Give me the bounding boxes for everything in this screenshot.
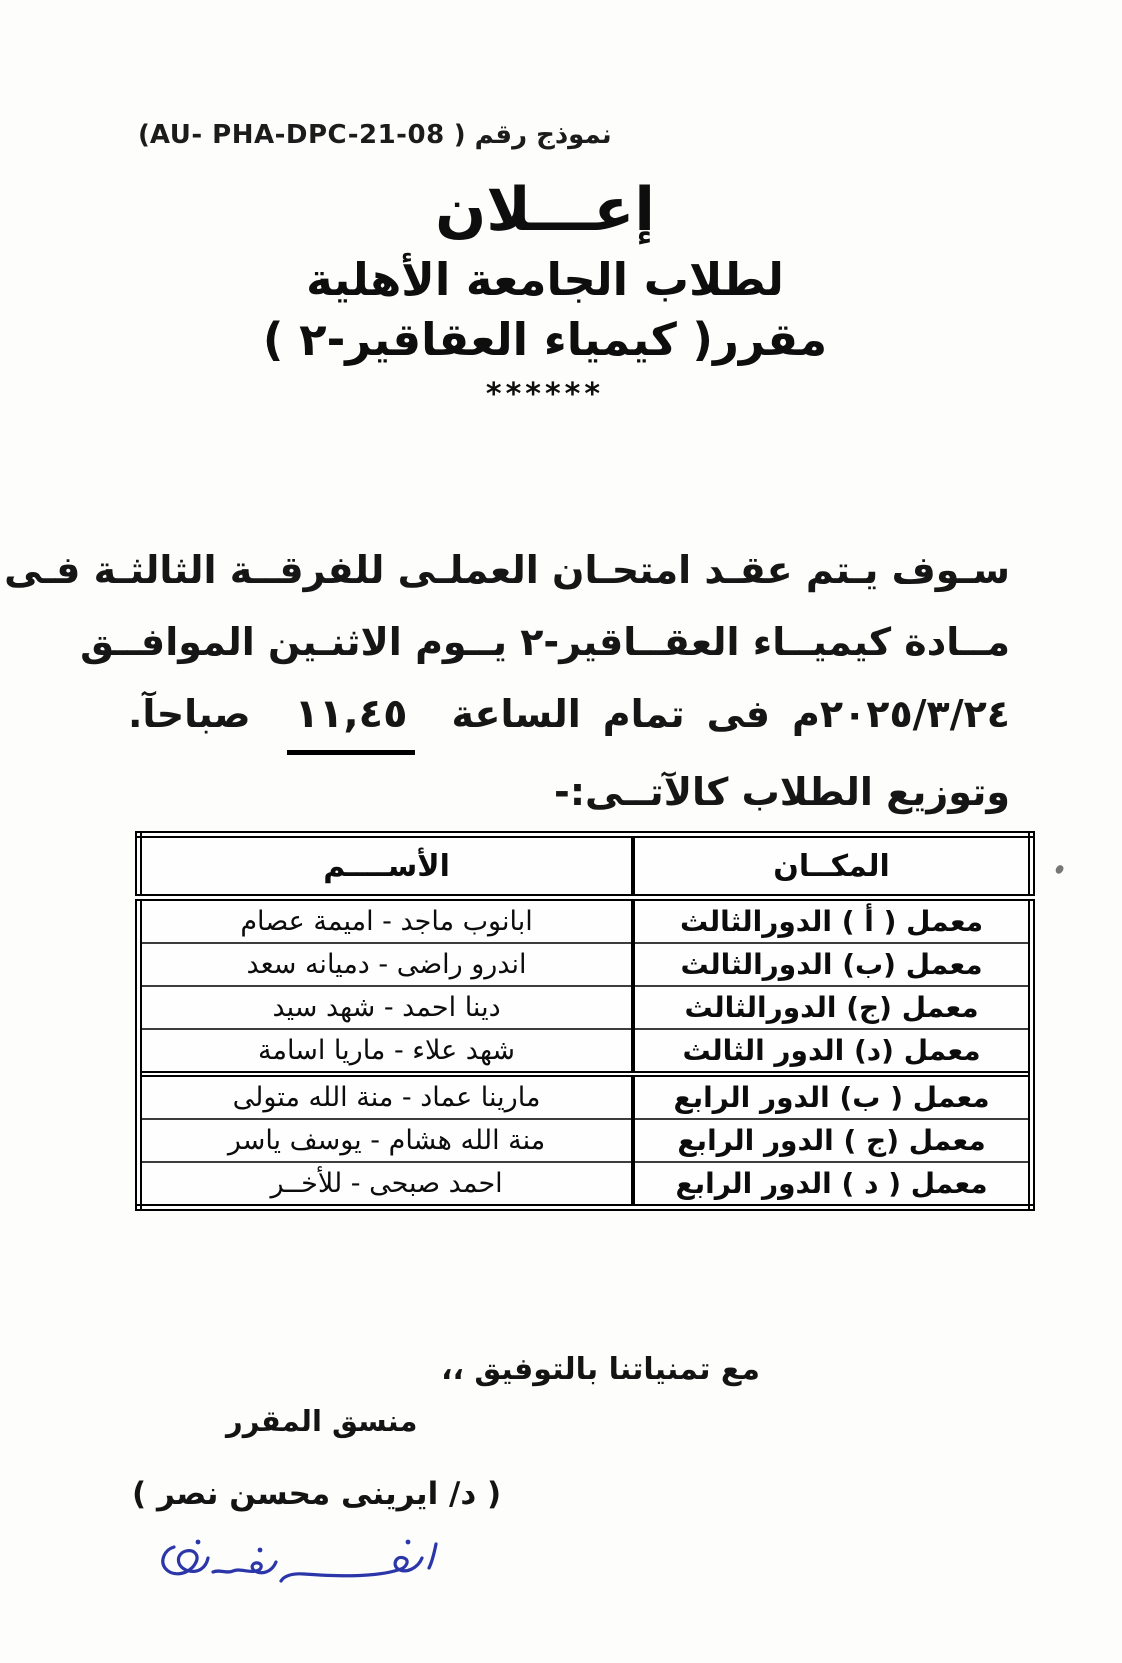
place-cell: معمل ( أ ) الدورالثالث [633,898,1031,944]
table-row: معمل (ب) الدورالثالث اندرو راضى - دميانه… [139,943,1032,986]
place-cell: معمل (د) الدور الثالث [633,1029,1031,1074]
table-row: معمل ( د ) الدور الرابع احمد صبحى - للأخ… [139,1162,1032,1208]
exam-date-text: ٢٠٢٥/٣/٢٤م فى تمام الساعة [452,692,1010,736]
handwritten-signature [146,1530,456,1625]
announcement-title: إعـــلان [20,176,1070,245]
good-luck-wishes: مع تمنياتنا بالتوفيق ،، [450,1352,760,1387]
exam-time: ١١,٤٥ [287,678,416,755]
table-row: معمل (د) الدور الثالث شهد علاء - ماريا ا… [139,1029,1032,1074]
table-header-row: المكــان الأســــم [139,835,1032,898]
table-row: معمل (ج ) الدور الرابع منة الله هشام - ي… [139,1119,1032,1162]
place-cell: معمل (ب) الدورالثالث [633,943,1031,986]
signature-strokes [163,1540,436,1581]
body-line-4: وتوزيع الطلاب كالآتــى:- [128,755,1010,829]
scan-speck-artifact [1054,864,1064,875]
table-row: معمل (ج) الدورالثالث دينا احمد - شهد سيد [139,986,1032,1029]
name-column-header: الأســــم [139,835,634,898]
table-row: معمل ( أ ) الدورالثالث ابانوب ماجد - امي… [139,898,1032,944]
stars-divider: ****** [20,377,1070,412]
place-cell: معمل (ج) الدورالثالث [633,986,1031,1029]
course-name: مقرر( كيمياء العقاقير-٢ ) [20,313,1070,367]
name-range-cell: دينا احمد - شهد سيد [139,986,634,1029]
lab-distribution-table: المكــان الأســــم معمل ( أ ) الدورالثال… [135,831,1035,1211]
table-row: معمل ( ب) الدور الرابع مارينا عماد - منة… [139,1074,1032,1119]
coordinator-role-label: منسق المقرر [226,1404,417,1438]
body-line-2: مــادة كيميــاء العقــاقير-٢ يــوم الاثن… [128,606,1010,678]
announcement-audience: لطلاب الجامعة الأهلية [20,253,1070,307]
name-range-cell: مارينا عماد - منة الله متولى [139,1074,634,1119]
name-range-cell: اندرو راضى - دميانه سعد [139,943,634,986]
body-line-3: ٢٠٢٥/٣/٢٤م فى تمام الساعة ١١,٤٥ صباحآ. [128,678,1010,755]
place-column-header: المكــان [633,835,1031,898]
coordinator-name: ( د/ ايرينى محسن نصر ) [132,1476,501,1512]
body-line-1: سـوف يـتم عقـد امتحـان العملـى للفرقــة … [128,534,1010,606]
name-range-cell: احمد صبحى - للأخــر [139,1162,634,1208]
place-cell: معمل (ج ) الدور الرابع [633,1119,1031,1162]
name-range-cell: ابانوب ماجد - اميمة عصام [139,898,634,944]
form-number-label: نموذج رقم ( AU- PHA-DPC-21-08) [138,120,612,150]
place-cell: معمل ( د ) الدور الرابع [633,1162,1031,1208]
announcement-body: سـوف يـتم عقـد امتحـان العملـى للفرقــة … [128,534,1010,829]
title-block: إعـــلان لطلاب الجامعة الأهلية مقرر( كيم… [20,176,1070,412]
scanned-announcement-page: نموذج رقم ( AU- PHA-DPC-21-08) إعـــلان … [0,0,1122,1663]
name-range-cell: منة الله هشام - يوسف ياسر [139,1119,634,1162]
name-range-cell: شهد علاء - ماريا اسامة [139,1029,634,1074]
place-cell: معمل ( ب) الدور الرابع [633,1074,1031,1119]
exam-time-period: صباحآ. [128,692,251,736]
